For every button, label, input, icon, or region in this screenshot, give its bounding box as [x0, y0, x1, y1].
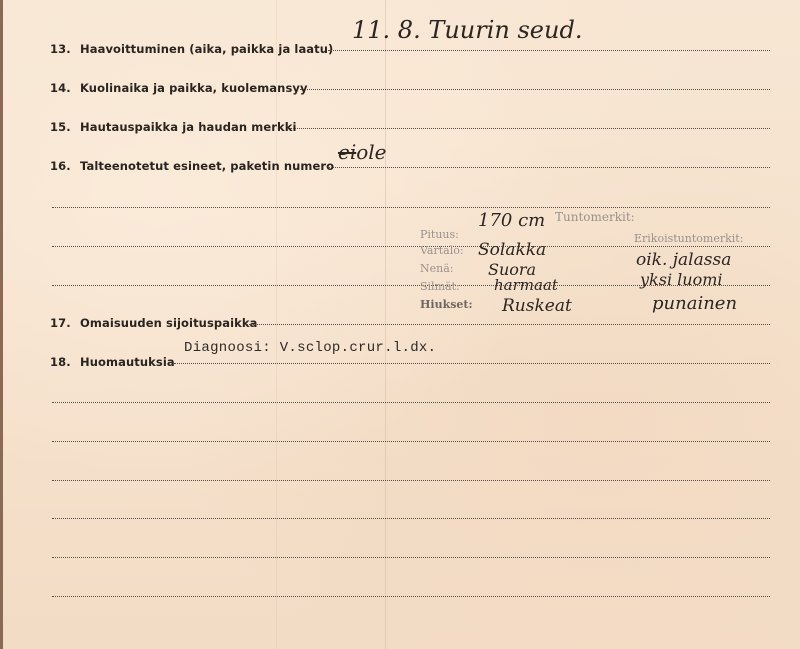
item-number: 15.	[50, 120, 80, 134]
stamp-special-title: Erikoistuntomerkit:	[634, 232, 743, 245]
item-14-line	[300, 89, 770, 90]
paper-edge	[0, 0, 3, 649]
blank-line	[52, 207, 770, 208]
blank-line	[52, 596, 770, 597]
blank-line	[52, 518, 770, 519]
item-number: 13.	[50, 42, 80, 56]
item-18-line	[174, 363, 770, 364]
item-15-line	[290, 128, 770, 129]
stamp-label-silmat: Silmät:	[420, 280, 460, 293]
stamp-label-nena: Nenä:	[420, 262, 453, 275]
item-number: 14.	[50, 81, 80, 95]
item-13-label: 13.Haavoittuminen (aika, paikka ja laatu…	[50, 42, 333, 56]
item-text: Omaisuuden sijoituspaikka	[80, 316, 258, 330]
item-18-label: 18.Huomautuksia	[50, 355, 175, 369]
stamp-title: Tuntomerkit:	[555, 210, 635, 224]
blank-line	[52, 557, 770, 558]
handwritten-word: ole	[356, 140, 386, 164]
item-text: Huomautuksia	[80, 355, 175, 369]
item-13-line	[328, 50, 770, 51]
item-text: Haavoittuminen (aika, paikka ja laatu)	[80, 42, 333, 56]
item-15-label: 15.Hautauspaikka ja haudan merkki	[50, 120, 297, 134]
stamp-value-vartalo: Solakka	[478, 240, 546, 260]
item-17-line	[246, 324, 770, 325]
blank-line	[52, 441, 770, 442]
item-16-label: 16.Talteenotetut esineet, paketin numero	[50, 159, 334, 173]
special-mark-line-1: oik. jalassa	[636, 250, 731, 270]
item-number: 16.	[50, 159, 80, 173]
item-text: Hautauspaikka ja haudan merkki	[80, 120, 297, 134]
stamp-label-pituus: Pituus:	[420, 228, 459, 241]
blank-line	[52, 480, 770, 481]
item-16-line	[328, 167, 770, 168]
special-mark-line-3: punainen	[652, 293, 737, 314]
blank-line	[52, 246, 770, 247]
item-18-typed-note: Diagnoosi: V.sclop.crur.l.dx.	[184, 340, 436, 356]
item-number: 17.	[50, 316, 80, 330]
struck-word: ei	[338, 140, 356, 164]
item-16-handwriting: eiole	[338, 140, 387, 164]
item-13-handwriting: 11. 8. Tuurin seud.	[352, 16, 582, 44]
stamp-value-pituus: 170 cm	[478, 210, 545, 231]
item-text: Talteenotetut esineet, paketin numero	[80, 159, 334, 173]
item-number: 18.	[50, 355, 80, 369]
item-17-label: 17.Omaisuuden sijoituspaikka	[50, 316, 258, 330]
item-text: Kuolinaika ja paikka, kuolemansyy	[80, 81, 308, 95]
stamp-value-hiukset: Ruskeat	[502, 296, 572, 316]
stamp-label-vartalo: Vartalo:	[420, 244, 464, 257]
item-14-label: 14.Kuolinaika ja paikka, kuolemansyy	[50, 81, 308, 95]
stamp-value-silmat: harmaat	[494, 276, 558, 294]
blank-line	[52, 402, 770, 403]
special-mark-line-2: yksi luomi	[640, 270, 723, 289]
stamp-label-hiukset: Hiukset:	[420, 298, 473, 311]
